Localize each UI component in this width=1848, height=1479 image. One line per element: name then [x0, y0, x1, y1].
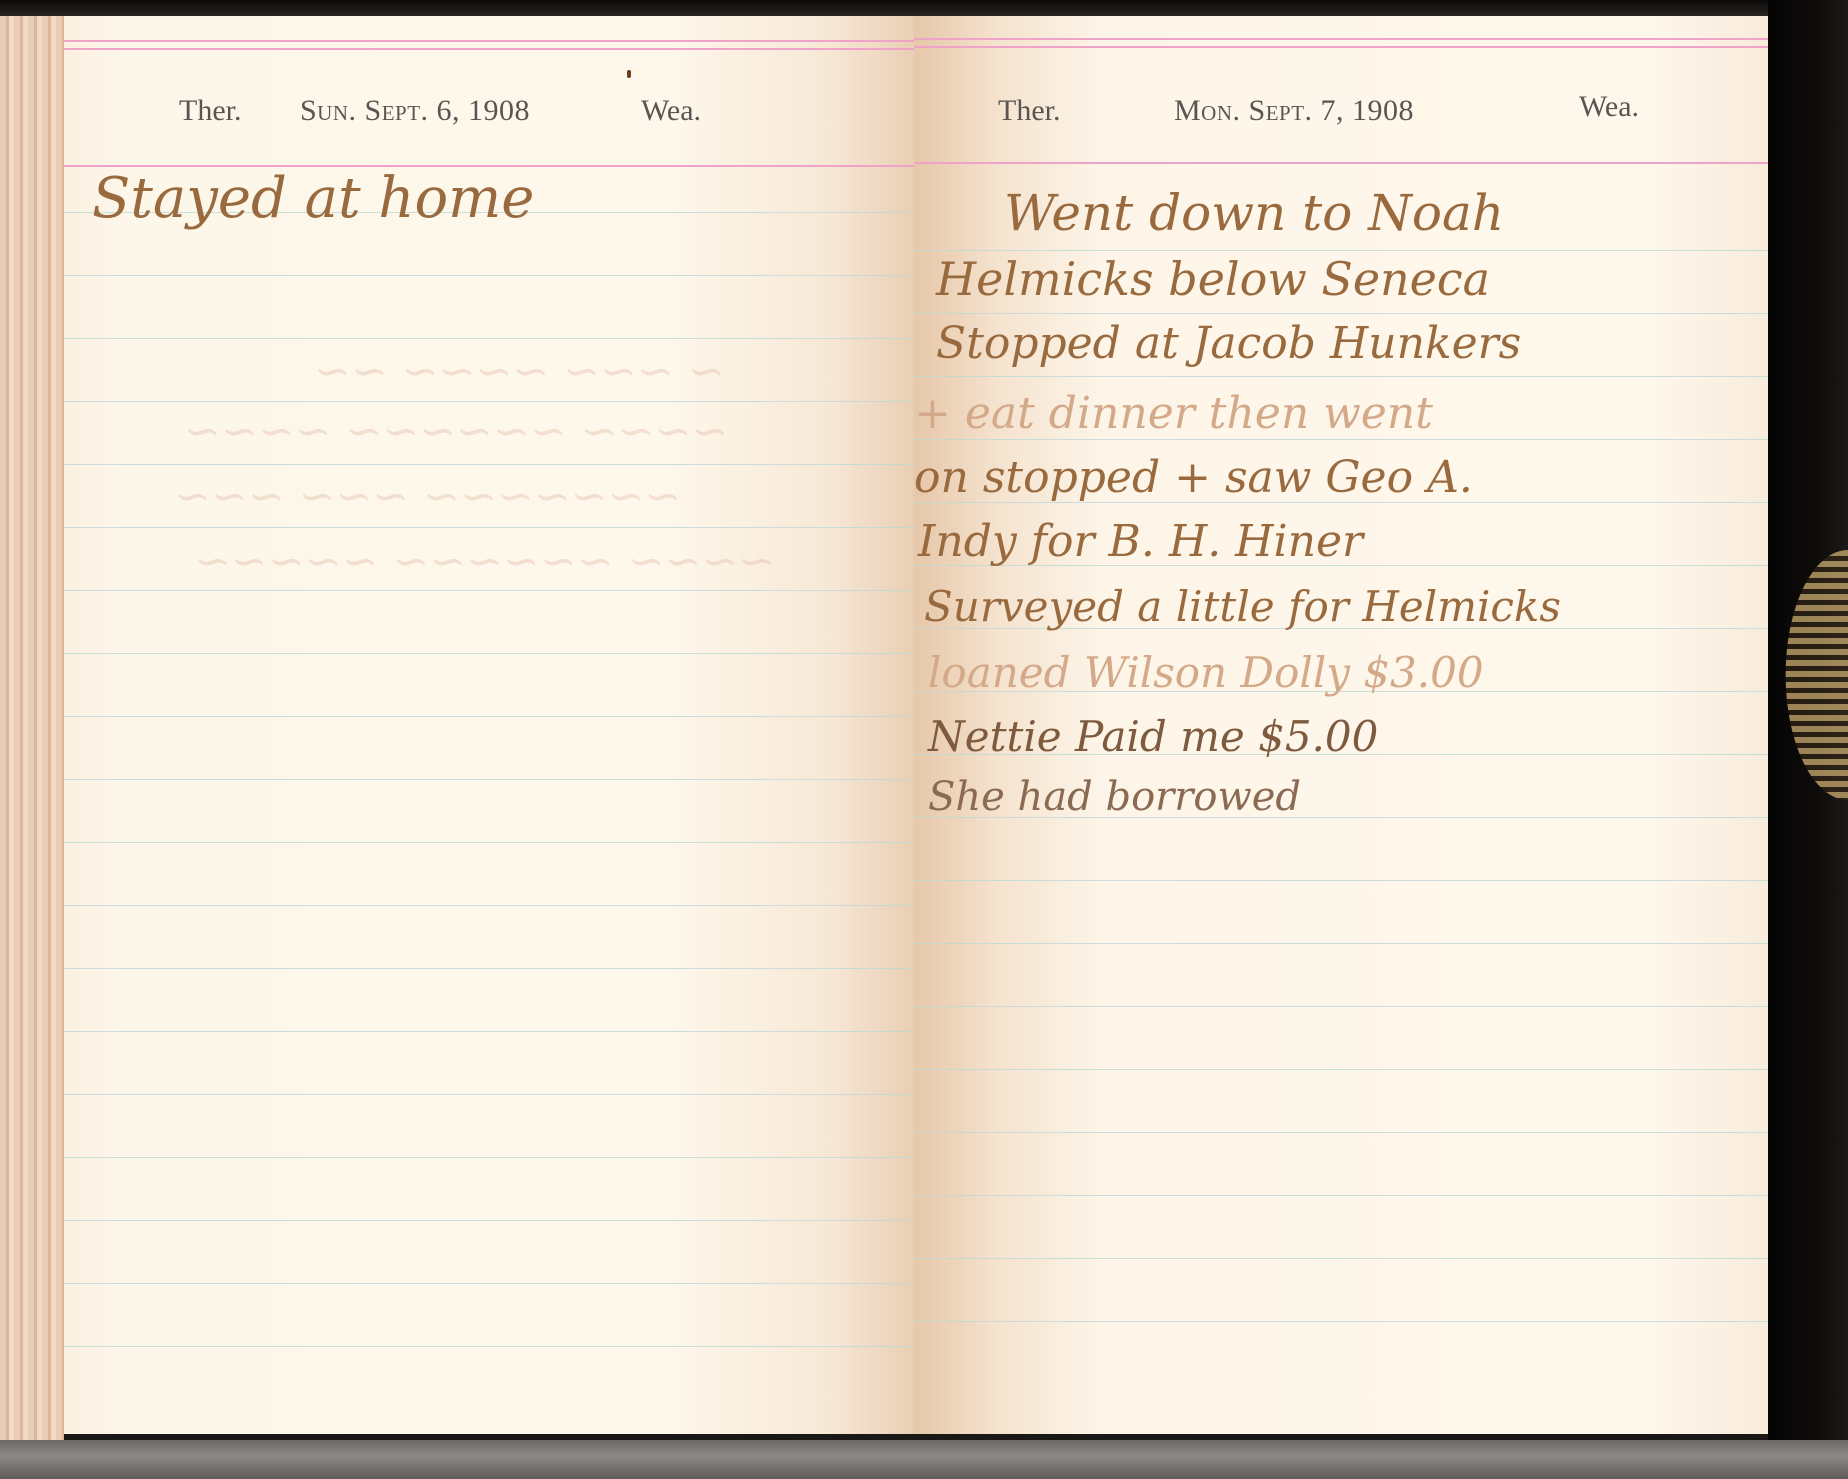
scanner-top-edge	[0, 0, 1848, 16]
ruled-line	[914, 1069, 1768, 1070]
bleed-through-text: ~~~~ ~~~~~~ ~~~~~	[194, 536, 775, 587]
pink-top-rule	[914, 46, 1768, 48]
ruled-line	[64, 275, 914, 276]
ruled-line	[64, 338, 914, 339]
page-date: Sun. Sept. 6, 1908	[300, 94, 530, 128]
ruled-line	[64, 464, 914, 465]
ruled-line	[914, 1132, 1768, 1133]
diary-scan: Ther. Sun. Sept. 6, 1908 Wea. ~ ~~~ ~~~~…	[0, 0, 1848, 1479]
ruled-line	[64, 1031, 914, 1032]
ruled-line	[64, 1157, 914, 1158]
entry-line: Nettie Paid me $5.00	[928, 712, 1378, 761]
ruled-line	[914, 439, 1768, 440]
ruled-line	[64, 905, 914, 906]
entry-line: Stayed at home	[92, 166, 534, 231]
entry-line: Indy for B. H. Hiner	[918, 516, 1363, 567]
pink-top-rule	[64, 48, 914, 50]
ruled-line	[914, 250, 1768, 251]
entry-line: Helmicks below Seneca	[936, 252, 1490, 306]
entry-line: Surveyed a little for Helmicks	[924, 582, 1561, 631]
ther-label: Ther.	[179, 94, 241, 128]
wea-label: Wea.	[1579, 90, 1639, 124]
ruled-line	[64, 401, 914, 402]
ruled-line	[914, 1258, 1768, 1259]
entry-line: Went down to Noah	[1004, 184, 1504, 242]
ruled-line	[914, 880, 1768, 881]
pink-top-rule	[64, 40, 914, 42]
pink-top-rule	[914, 38, 1768, 40]
bleed-through-text: ~~~~ ~~~~~~ ~~~~	[184, 406, 728, 457]
ruled-line	[914, 1006, 1768, 1007]
page-fore-edge	[0, 16, 64, 1440]
ruled-line	[64, 716, 914, 717]
ruled-line	[914, 943, 1768, 944]
page-date: Mon. Sept. 7, 1908	[1174, 94, 1414, 128]
ink-speck	[627, 70, 631, 78]
right-page: Ther. Mon. Sept. 7, 1908 Wea. Went down …	[914, 16, 1768, 1434]
ruled-line	[64, 779, 914, 780]
scanner-bottom-edge	[0, 1440, 1848, 1479]
ruled-line	[64, 1346, 914, 1347]
ther-label: Ther.	[998, 94, 1060, 128]
ruled-line	[64, 968, 914, 969]
ruled-line	[914, 313, 1768, 314]
ruled-line	[64, 1094, 914, 1095]
ruled-line	[64, 1220, 914, 1221]
wea-label: Wea.	[641, 94, 701, 128]
ruled-line	[64, 527, 914, 528]
left-page-header: Ther. Sun. Sept. 6, 1908 Wea.	[64, 94, 914, 134]
ruled-line	[64, 590, 914, 591]
entry-line: loaned Wilson Dolly $3.00	[928, 648, 1484, 697]
entry-line: on stopped + saw Geo A.	[914, 452, 1473, 503]
ruled-line	[64, 653, 914, 654]
ruled-line	[914, 376, 1768, 377]
right-page-header: Ther. Mon. Sept. 7, 1908 Wea.	[914, 94, 1768, 134]
ruled-line	[64, 1283, 914, 1284]
entry-line: + eat dinner then went	[914, 388, 1433, 439]
ruled-line	[914, 1195, 1768, 1196]
ruled-line	[64, 842, 914, 843]
bleed-through-text: ~ ~~~ ~~~~ ~~	[314, 346, 725, 397]
entry-line: She had borrowed	[928, 774, 1301, 820]
ruled-line	[914, 1321, 1768, 1322]
entry-line: Stopped at Jacob Hunkers	[936, 318, 1521, 369]
pink-header-rule	[914, 162, 1768, 164]
bleed-through-text: ~~~~~~~ ~~~ ~~~	[174, 471, 681, 522]
left-page: Ther. Sun. Sept. 6, 1908 Wea. ~ ~~~ ~~~~…	[64, 16, 914, 1434]
